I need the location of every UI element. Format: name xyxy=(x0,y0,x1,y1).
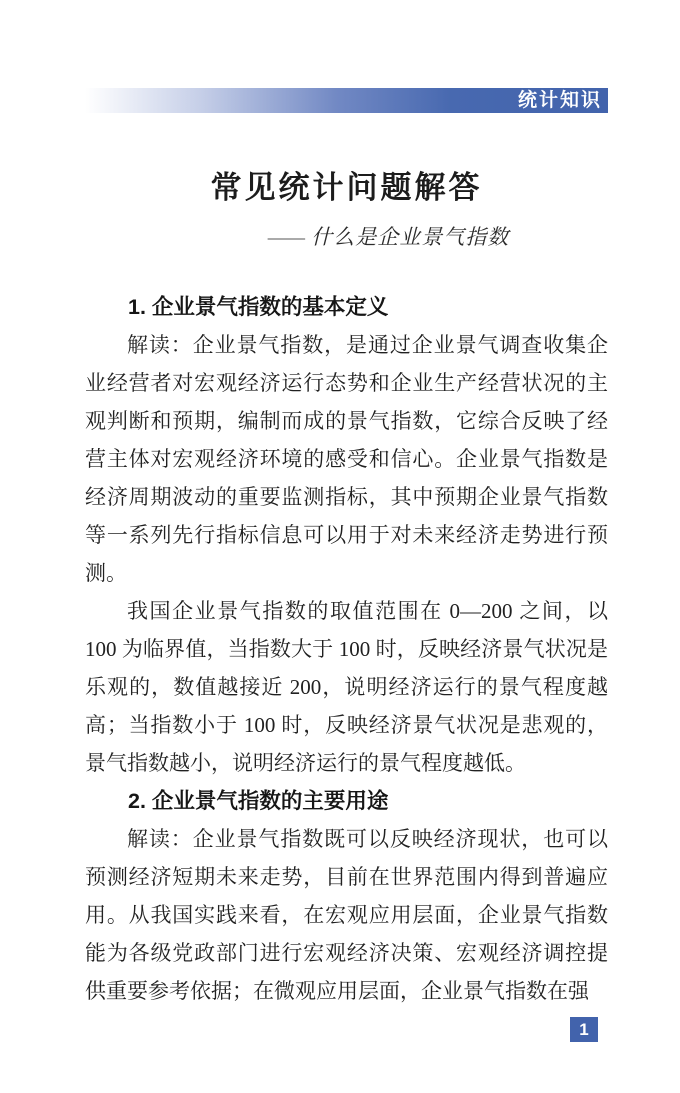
paragraph: 解读：企业景气指数既可以反映经济现状，也可以预测经济短期未来走势，目前在世界范围… xyxy=(85,820,608,1010)
header-bar: 统计知识 xyxy=(85,88,608,113)
header-label: 统计知识 xyxy=(518,91,602,110)
section-heading-1: 1. 企业景气指数的基本定义 xyxy=(85,288,608,326)
paragraph: 解读：企业景气指数，是通过企业景气调查收集企业经营者对宏观经济运行态势和企业生产… xyxy=(85,326,608,592)
paragraph: 我国企业景气指数的取值范围在 0—200 之间，以 100 为临界值，当指数大于… xyxy=(85,592,608,782)
body-content: 1. 企业景气指数的基本定义 解读：企业景气指数，是通过企业景气调查收集企业经营… xyxy=(85,288,608,1010)
page-number-badge: 1 xyxy=(570,1017,598,1042)
document-page: 统计知识 常见统计问题解答 —— 什么是企业景气指数 1. 企业景气指数的基本定… xyxy=(0,0,680,1093)
subtitle-dash: —— xyxy=(268,225,305,249)
section-heading-2: 2. 企业景气指数的主要用途 xyxy=(85,782,608,820)
page-subtitle: —— 什么是企业景气指数 xyxy=(85,221,608,251)
subtitle-text: 什么是企业景气指数 xyxy=(305,225,509,249)
page-title: 常见统计问题解答 xyxy=(85,162,608,207)
